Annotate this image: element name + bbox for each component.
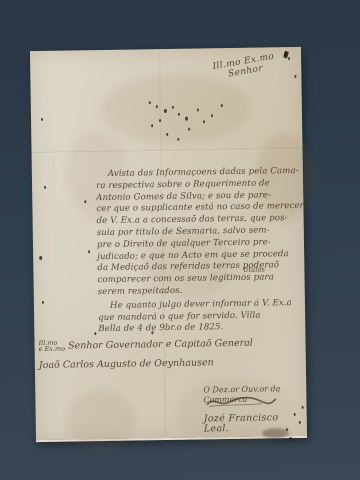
addressee-title: Senhor Governador e Capitaõ General xyxy=(68,338,253,352)
photo-background: Ill.mo Ex.mo Senhor Avista das Informaço… xyxy=(0,0,360,480)
signature-flourish xyxy=(205,394,277,409)
signature-block: O Dez.or Ouv.or da Commarca Jozé Francis… xyxy=(203,384,307,435)
address-line-1: Ill.mo e Ex.mo Senhor Governador e Capit… xyxy=(38,334,252,356)
ink-speck xyxy=(39,256,42,260)
ink-speck xyxy=(289,437,292,441)
interline-insertion: titulos xyxy=(243,266,265,273)
body-paragraph-1: Avista das Informaçoens dadas pela Cama-… xyxy=(96,166,318,299)
ink-speck xyxy=(44,186,46,189)
stain-layer xyxy=(30,47,301,51)
paper-stain xyxy=(100,73,251,145)
address-block: Ill.mo e Ex.mo Senhor Governador e Capit… xyxy=(38,334,253,375)
signer-name: Jozé Francisco Leal. xyxy=(204,413,307,435)
letter-body: Avista das Informaçoens dadas pela Cama-… xyxy=(96,166,319,337)
paper-stain xyxy=(65,390,136,451)
ink-speck xyxy=(88,250,90,253)
ink-speck xyxy=(94,332,96,335)
ink-speck xyxy=(41,118,43,121)
ink-speck xyxy=(294,75,296,78)
honorific-abbreviation: Ill.mo e Ex.mo xyxy=(38,339,65,352)
honorific-bottom: e Ex.mo xyxy=(39,345,66,353)
speck-layer xyxy=(30,47,301,51)
salutation-top-right: Ill.mo Ex.mo Senhor xyxy=(212,52,277,82)
manuscript-page: Ill.mo Ex.mo Senhor Avista das Informaço… xyxy=(30,47,307,442)
address-line-2: Joaõ Carlos Augusto de Oeynhausen xyxy=(39,353,253,375)
body-paragraph-2: He quanto julgo dever informar á V. Ex.a… xyxy=(98,297,319,336)
ink-speck xyxy=(288,57,290,60)
ink-speck xyxy=(42,301,44,304)
handwritten-line: serem respeitados. xyxy=(98,284,318,299)
